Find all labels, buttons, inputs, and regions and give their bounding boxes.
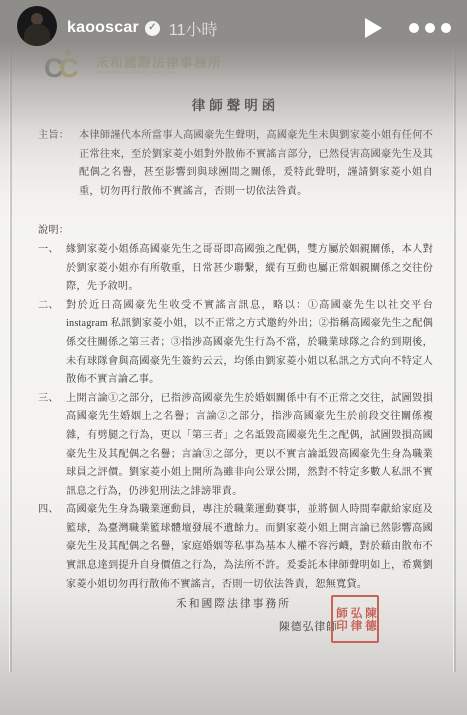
lawyer-seal-stamp: 陳德 弘律 師印 bbox=[331, 595, 379, 643]
list-item-1: 一、 緣劉家菱小姐係高國豪先生之哥哥即高國強之配偶，雙方屬於姻親關係，本人對於劉… bbox=[38, 241, 433, 297]
play-button-icon[interactable] bbox=[365, 18, 382, 38]
item-text: 高國豪先生身為職業運動員，專注於職業運動賽事，並將個人時間奉獻給家庭及籃球，為臺… bbox=[66, 501, 433, 594]
firm-name-block: 禾和國際法律事務所 International Attorneys-at-Law bbox=[96, 54, 222, 77]
signature-lawyer: 陳德弘律師 bbox=[279, 619, 338, 634]
letterhead: C C 禾和國際法律事務所 International Attorneys-at… bbox=[44, 54, 433, 88]
subject-text: 本律師謹代本所當事人高國豪先生聲明，高國豪先生未與劉家菱小姐有任何不正常往來，至… bbox=[79, 127, 433, 201]
law-firm-logo-icon: C C bbox=[44, 54, 92, 86]
verified-badge-icon: ✓ bbox=[145, 21, 160, 36]
item-text: 上開言論①之部分，已指涉高國豪先生於婚姻關係中有不正常之交往，試圖毀損高國豪先生… bbox=[66, 390, 433, 502]
logo-letter-gold: C bbox=[59, 52, 79, 84]
seal-column: 弘律 bbox=[350, 607, 361, 632]
more-options-button[interactable] bbox=[409, 23, 451, 33]
list-item-4: 四、 高國豪先生身為職業運動員，專注於職業運動賽事，並將個人時間奉獻給家庭及籃球… bbox=[38, 501, 433, 594]
avatar[interactable] bbox=[17, 6, 57, 46]
item-marker: 一、 bbox=[38, 241, 66, 297]
avatar-silhouette-body bbox=[24, 24, 50, 46]
firm-subtitle: International Attorneys-at-Law bbox=[96, 70, 222, 77]
item-marker: 二、 bbox=[38, 297, 66, 390]
firm-name: 禾和國際法律事務所 bbox=[96, 56, 222, 70]
seal-column: 師印 bbox=[335, 607, 346, 632]
story-timestamp: 11小時 bbox=[169, 17, 218, 40]
item-text: 對於近日高國豪先生收受不實謠言訊息，略以：①高國豪先生以社交平台 instagr… bbox=[66, 297, 433, 390]
item-marker: 三、 bbox=[38, 390, 66, 502]
list-item-2: 二、 對於近日高國豪先生收受不實謠言訊息，略以：①高國豪先生以社交平台 inst… bbox=[38, 297, 433, 390]
list-item-3: 三、 上開言論①之部分，已指涉高國豪先生於婚姻關係中有不正常之交往，試圖毀損高國… bbox=[38, 390, 433, 502]
subject-label: 主旨： bbox=[38, 127, 79, 201]
item-marker: 四、 bbox=[38, 501, 66, 594]
story-header: kaooscar ✓ 11小時 bbox=[0, 0, 467, 56]
username[interactable]: kaooscar bbox=[67, 19, 139, 37]
subject-block: 主旨： 本律師謹代本所當事人高國豪先生聲明，高國豪先生未與劉家菱小姐有任何不正常… bbox=[38, 127, 433, 201]
letter-content: C C 禾和國際法律事務所 International Attorneys-at… bbox=[38, 44, 433, 594]
story-viewer: C C 禾和國際法律事務所 International Attorneys-at… bbox=[0, 0, 467, 715]
seal-column: 陳德 bbox=[364, 607, 375, 632]
document-left-edge bbox=[10, 48, 12, 672]
document-right-edge bbox=[454, 48, 456, 672]
item-text: 緣劉家菱小姐係高國豪先生之哥哥即高國強之配偶，雙方屬於姻親關係，本人對於劉家菱小… bbox=[66, 241, 433, 297]
signature-firm: 禾和國際法律事務所 bbox=[0, 596, 467, 611]
letter-title: 律師聲明函 bbox=[38, 97, 433, 115]
story-image-legal-letter: C C 禾和國際法律事務所 International Attorneys-at… bbox=[0, 44, 467, 715]
explanation-label: 說明： bbox=[38, 222, 433, 241]
